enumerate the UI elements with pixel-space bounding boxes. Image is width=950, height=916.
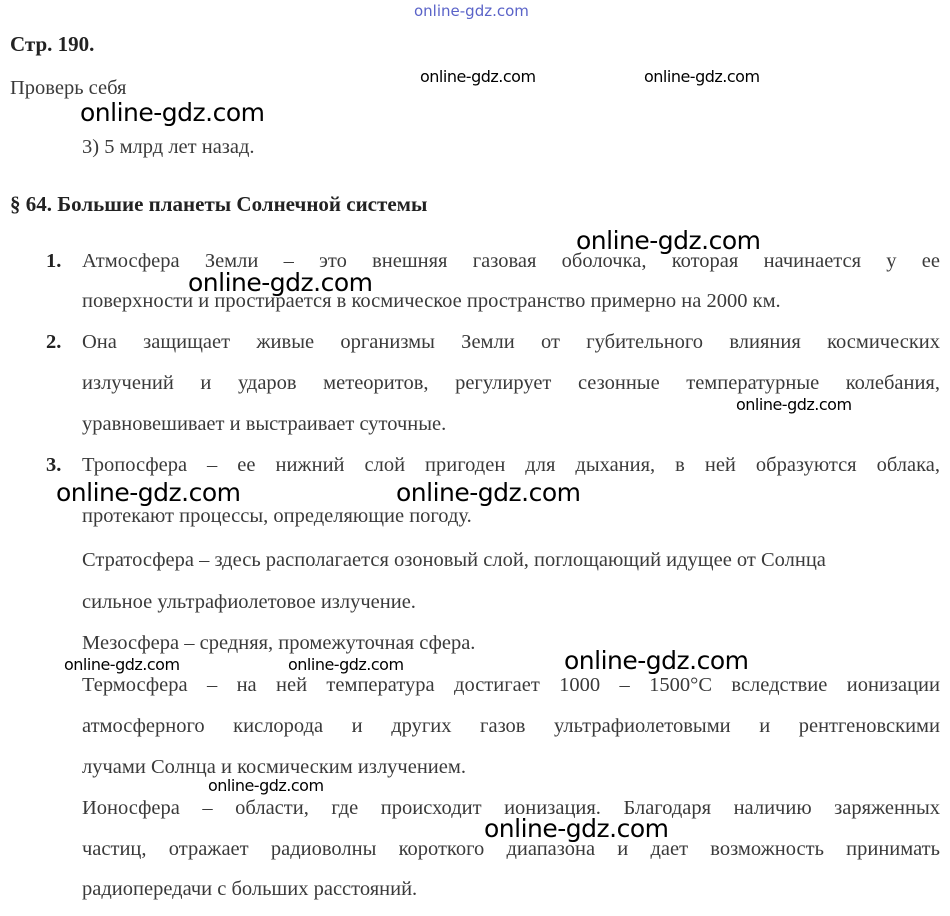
- item-line: Атмосфера Земли – это внешняя газовая об…: [82, 250, 940, 273]
- item-number: 1.: [46, 250, 61, 273]
- item-number: 2.: [46, 331, 61, 354]
- watermark: online-gdz.com: [80, 98, 264, 127]
- watermark: online-gdz.com: [288, 655, 404, 674]
- ionosphere-line: Ионосфера – области, где происходит иони…: [82, 797, 940, 820]
- watermark: online-gdz.com: [736, 395, 852, 414]
- check-label: Проверь себя: [10, 77, 126, 100]
- item-line: Тропосфера – ее нижний слой пригоден для…: [82, 454, 940, 477]
- stratosphere-line: Стратосфера – здесь располагается озонов…: [82, 549, 826, 572]
- item-line: уравновешивает и выстраивает суточные.: [82, 413, 446, 436]
- item-line: излучений и ударов метеоритов, регулируе…: [82, 372, 940, 395]
- stratosphere-line: сильное ультрафиолетовое излучение.: [82, 591, 416, 614]
- mesosphere-line: Мезосфера – средняя, промежуточная сфера…: [82, 632, 475, 655]
- document-page: online-gdz.com online-gdz.com online-gdz…: [0, 0, 950, 916]
- ionosphere-line: радиопередачи с больших расстояний.: [82, 878, 417, 901]
- ionosphere-line: частиц, отражает радиоволны короткого ди…: [82, 838, 940, 861]
- item-line: поверхности и простирается в космическое…: [82, 290, 781, 313]
- item-line: Она защищает живые организмы Земли от гу…: [82, 331, 940, 354]
- watermark: online-gdz.com: [564, 646, 748, 675]
- page-label: Стр. 190.: [10, 32, 94, 57]
- watermark: online-gdz.com: [644, 67, 760, 86]
- thermosphere-line: лучами Солнца и космическим излучением.: [82, 756, 466, 779]
- check-answer: 3) 5 млрд лет назад.: [82, 136, 255, 159]
- watermark: online-gdz.com: [64, 655, 180, 674]
- thermosphere-line: атмосферного кислорода и других газов ул…: [82, 715, 940, 738]
- watermark: online-gdz.com: [420, 67, 536, 86]
- watermark: online-gdz.com: [396, 478, 580, 507]
- item-number: 3.: [46, 454, 61, 477]
- watermark: online-gdz.com: [56, 478, 240, 507]
- section-title: § 64. Большие планеты Солнечной системы: [10, 192, 427, 217]
- watermark-top: online-gdz.com: [414, 2, 529, 20]
- item-line: протекают процессы, определяющие погоду.: [82, 505, 472, 528]
- thermosphere-line: Термосфера – на ней температура достигае…: [82, 674, 940, 697]
